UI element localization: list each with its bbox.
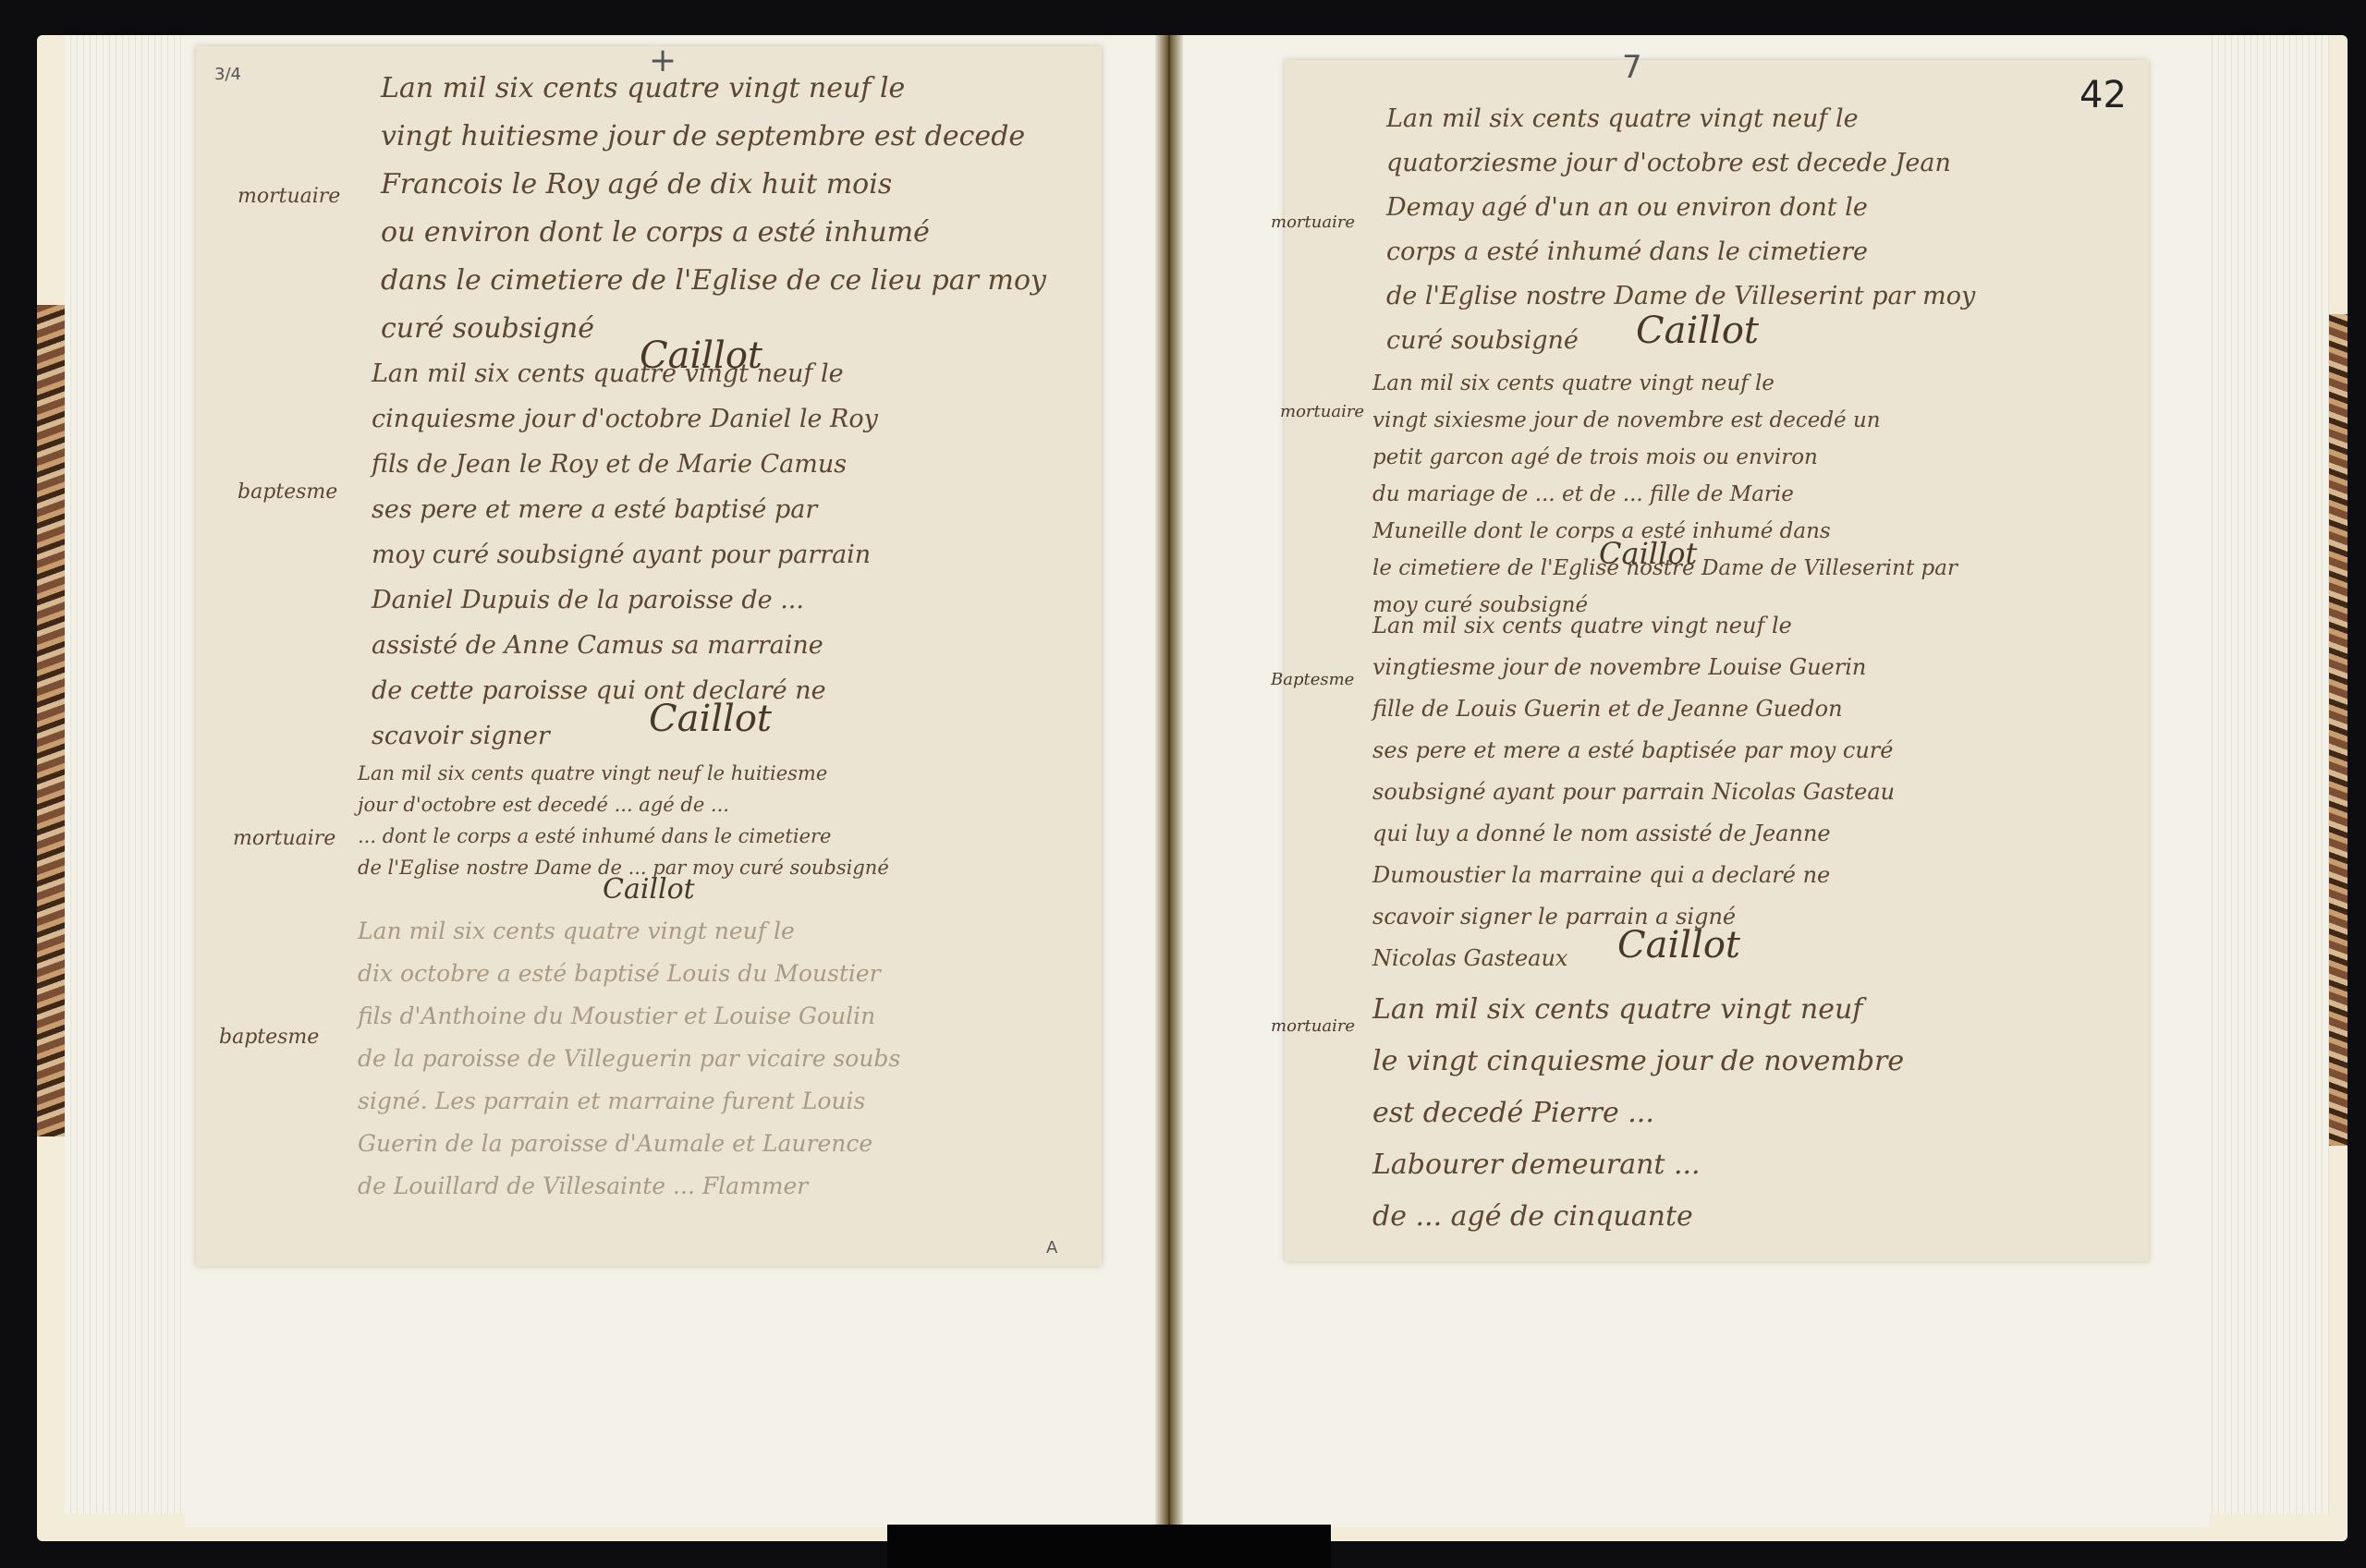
- register-entry: Lan mil six cents quatre vingt neuf le v…: [1372, 605, 2112, 979]
- margin-label: mortuaire: [233, 827, 335, 850]
- signature: Caillot: [1599, 536, 1697, 571]
- register-entry: Lan mil six cents quatre vingt neuf le v…: [1372, 365, 2112, 624]
- book-gutter: [1155, 35, 1183, 1527]
- marbled-endpaper-left: [37, 305, 65, 1136]
- corner-mark: 3/4: [214, 65, 241, 84]
- signature: Caillot: [1636, 310, 1759, 352]
- top-mark: 7: [1622, 49, 1642, 86]
- register-entry: Lan mil six cents quatre vingt neuf le h…: [358, 758, 1097, 883]
- manuscript-sheet-right: 7 42 mortuaire Lan mil six cents quatre …: [1285, 60, 2149, 1261]
- page-edges-right: [2200, 35, 2329, 1513]
- register-entry: Lan mil six cents quatre vingt neuf le v…: [381, 65, 1083, 353]
- margin-label: Baptesme: [1271, 670, 1354, 689]
- margin-label: mortuaire: [1280, 402, 1364, 421]
- manuscript-sheet-left: 3/4 + mortuaire Lan mil six cents quatre…: [196, 46, 1102, 1266]
- signature: Caillot: [1617, 924, 1740, 966]
- register-entry: Lan mil six cents quatre vingt neuf le v…: [1372, 984, 2112, 1243]
- margin-label: baptesme: [238, 480, 337, 504]
- signature: Caillot: [649, 698, 772, 740]
- page-edges-left: [65, 35, 185, 1513]
- margin-label: mortuaire: [1271, 213, 1355, 232]
- margin-label: baptesme: [219, 1026, 319, 1049]
- margin-label: mortuaire: [238, 185, 340, 208]
- margin-label: mortuaire: [1271, 1016, 1355, 1036]
- signature: Caillot: [603, 873, 695, 906]
- background-bottom: [887, 1525, 1331, 1568]
- bottom-mark: A: [1046, 1238, 1057, 1258]
- register-entry: Lan mil six cents quatre vingt neuf le d…: [358, 910, 1097, 1208]
